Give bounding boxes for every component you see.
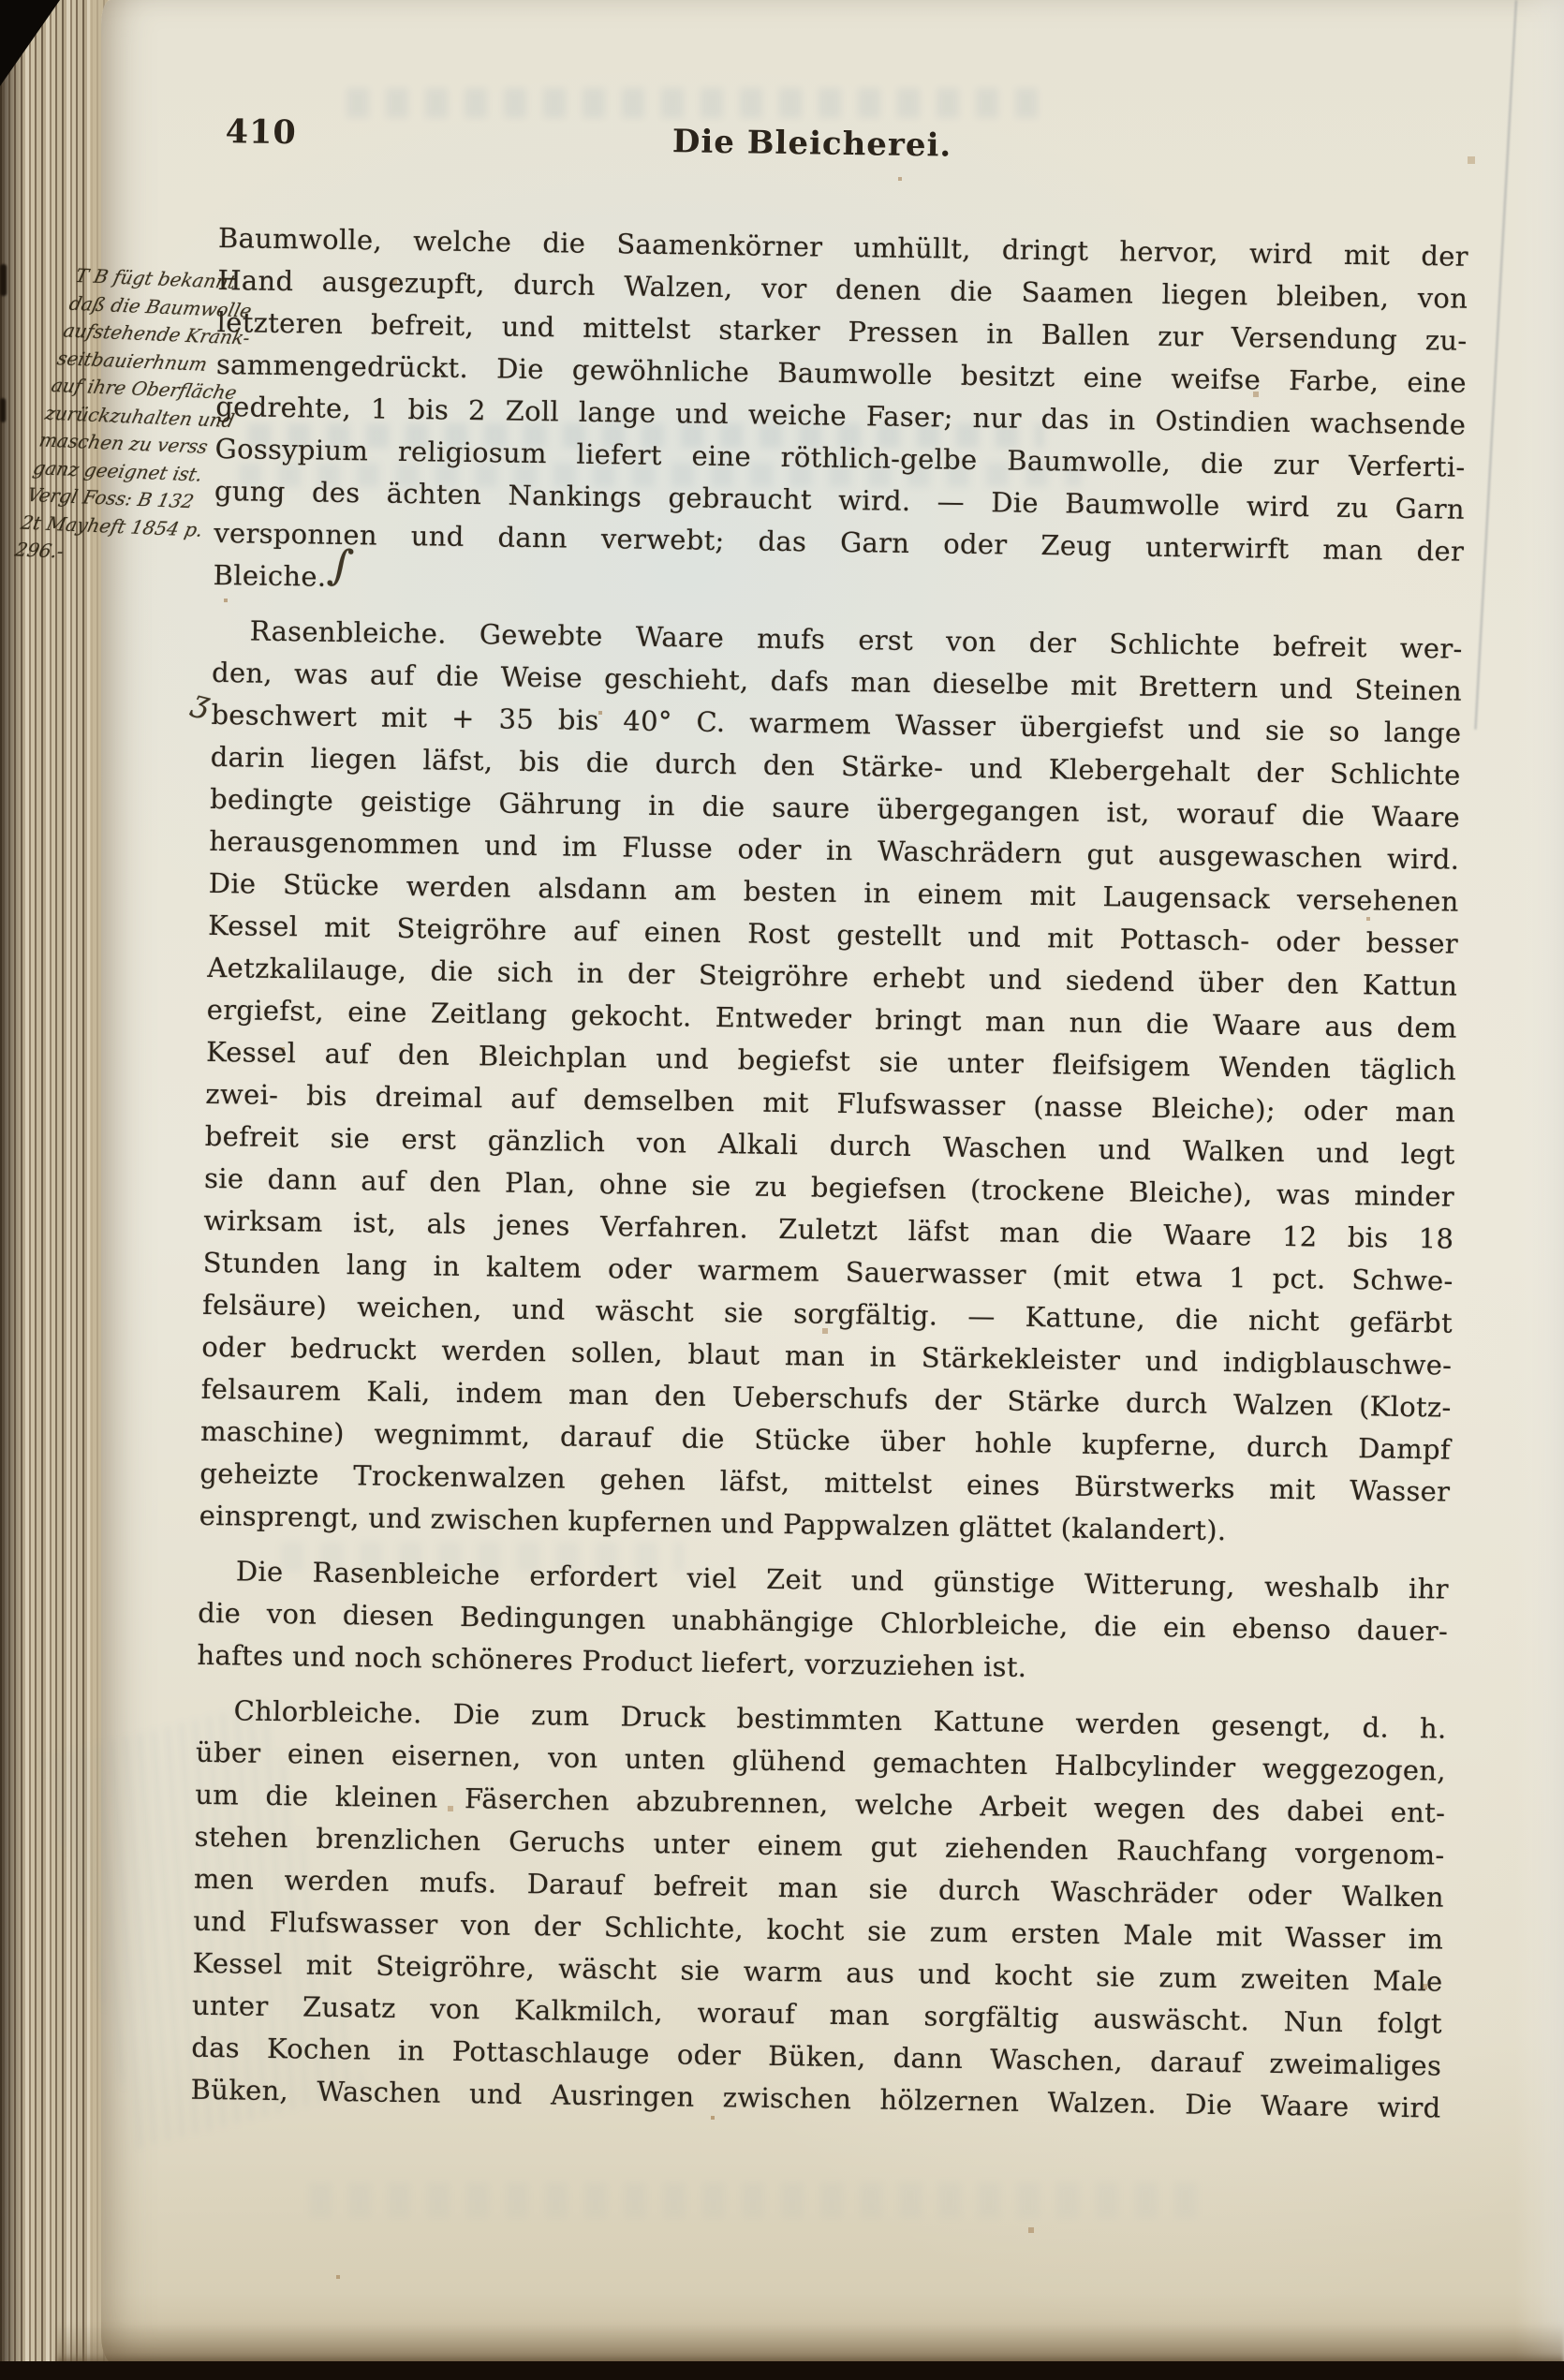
paragraph-baumwolle: Baumwolle, welche die Saamenkörner umhül… (213, 217, 1468, 615)
paragraph-chlorbleiche: Chlorbleiche. Die zum Druck bestimmten K… (190, 1690, 1447, 2130)
book-page-scan: 410 Die Bleicherei. Baumwolle, welche di… (0, 0, 1564, 2380)
paragraph-rasenbleiche: Rasenbleiche. Gewebte Waare mufs erst vo… (199, 610, 1463, 1556)
edge-notch-2 (0, 398, 6, 422)
body-text: Baumwolle, welche die Saamenkörner umhül… (190, 217, 1468, 2130)
page-curl-highlight (1515, 0, 1564, 2364)
paragraph-rasenbleiche-fazit: Die Rasenbleiche erfordert viel Zeit und… (197, 1550, 1449, 1695)
scan-bottom-band (0, 2361, 1564, 2380)
printed-content: 410 Die Bleicherei. Baumwolle, welche di… (190, 112, 1470, 2130)
edge-notch-1 (0, 264, 7, 296)
